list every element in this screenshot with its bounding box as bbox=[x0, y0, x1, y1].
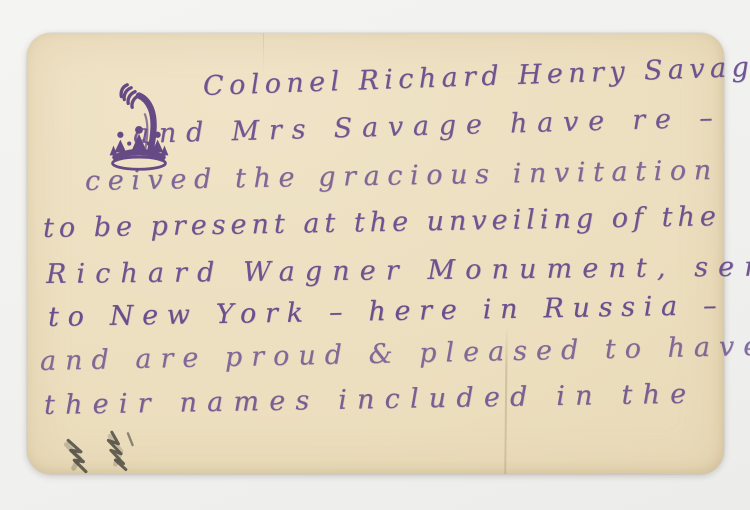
handwritten-line-2: and Mrs Savage have re – bbox=[133, 103, 723, 150]
handwritten-line-8: their names included in the bbox=[44, 379, 697, 421]
handwritten-line-1: Colonel Richard Henry Savage bbox=[202, 51, 750, 102]
handwritten-card: Colonel Richard Henry Savage and Mrs Sav… bbox=[27, 33, 724, 474]
pencil-scribble-icon bbox=[54, 423, 179, 485]
handwritten-line-4: to be present at the unveiling of the bbox=[43, 201, 721, 244]
handwritten-line-6: to New York – here in Russia – bbox=[48, 290, 726, 333]
photo-background: Colonel Richard Henry Savage and Mrs Sav… bbox=[0, 0, 750, 510]
handwritten-line-5: Richard Wagner Monument, sent bbox=[46, 251, 750, 290]
card-crease-top bbox=[263, 33, 264, 73]
handwritten-line-7: and are proud & pleased to have bbox=[40, 331, 750, 377]
